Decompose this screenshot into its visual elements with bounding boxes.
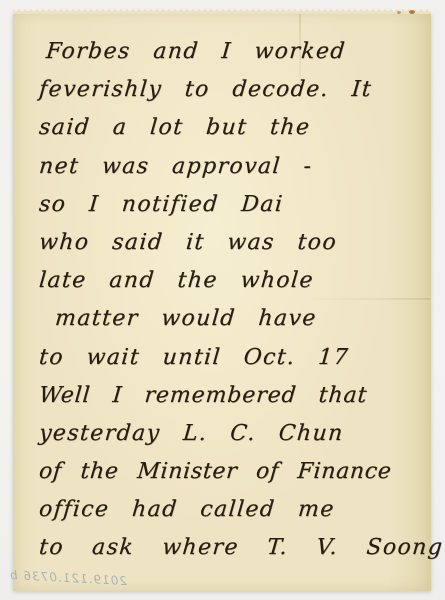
scan-background: Forbes and I worked feverishly to decode… xyxy=(0,0,445,600)
handwritten-line: to ask where T. V. Soong xyxy=(11,529,428,567)
accession-number-bleedthrough: 2019.121.0736 b xyxy=(9,568,128,588)
handwritten-line: matter would have xyxy=(11,300,428,338)
rust-stain xyxy=(409,10,415,14)
torn-paper-edge xyxy=(13,9,431,14)
handwritten-line: net was approval - xyxy=(11,148,428,186)
handwritten-line: who said it was too xyxy=(11,224,428,262)
handwritten-line: said a lot but the xyxy=(11,109,428,147)
rust-stain xyxy=(397,11,401,14)
letter-page: Forbes and I worked feverishly to decode… xyxy=(13,14,431,591)
handwritten-line: so I notified Dai xyxy=(11,186,428,224)
handwritten-line: Forbes and I worked xyxy=(11,33,428,71)
handwritten-line: yesterday L. C. Chun xyxy=(11,415,428,453)
handwritten-text-block: Forbes and I worked feverishly to decode… xyxy=(13,33,427,568)
handwritten-line: of the Minister of Finance xyxy=(11,453,428,491)
handwritten-line: Well I remembered that xyxy=(11,377,428,415)
handwritten-line: to wait until Oct. 17 xyxy=(11,339,428,377)
handwritten-line: office had called me xyxy=(11,491,428,529)
handwritten-line: feverishly to decode. It xyxy=(11,71,428,109)
handwritten-line: late and the whole xyxy=(11,262,428,300)
